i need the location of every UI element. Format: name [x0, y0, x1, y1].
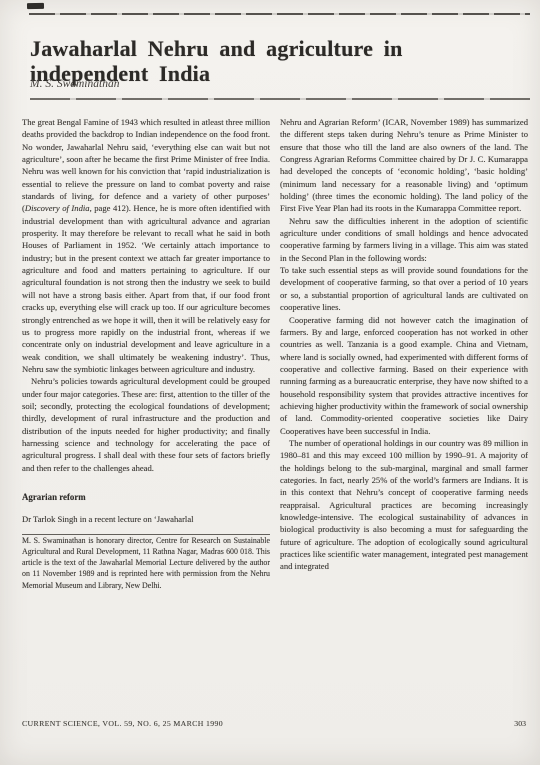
author-rule	[30, 98, 530, 100]
paragraph-famine-text: The great Bengal Famine of 1943 which re…	[22, 117, 270, 213]
article-title-line1: Jawaharlal Nehru and agriculture in	[30, 36, 403, 61]
book-title-italic: Discovery of India	[25, 203, 90, 213]
journal-citation: CURRENT SCIENCE, VOL. 59, NO. 6, 25 MARC…	[22, 719, 223, 728]
paragraph-policies: Nehru’s policies towards agricultural de…	[22, 375, 270, 474]
section-heading-agrarian-reform: Agrarian reform	[22, 491, 270, 503]
right-column: Nehru and Agrarian Reform’ (ICAR, Novemb…	[280, 116, 528, 591]
left-column: The great Bengal Famine of 1943 which re…	[22, 116, 270, 591]
paragraph-agrarian-reform-lecture: Nehru and Agrarian Reform’ (ICAR, Novemb…	[280, 116, 528, 215]
paragraph-cooperative-experience: Cooperative farming did not however catc…	[280, 314, 528, 437]
paragraph-tarlok-singh: Dr Tarlok Singh in a recent lecture on ‘…	[22, 513, 270, 525]
page-footer: CURRENT SCIENCE, VOL. 59, NO. 6, 25 MARC…	[22, 719, 528, 728]
journal-page: Jawaharlal Nehru and agriculture inindep…	[0, 0, 540, 765]
paragraph-famine: The great Bengal Famine of 1943 which re…	[22, 116, 270, 375]
author-footnote: M. S. Swaminathan is honorary director, …	[22, 535, 270, 591]
top-rule	[29, 13, 530, 15]
page-number: 303	[514, 719, 526, 728]
article-body: The great Bengal Famine of 1943 which re…	[22, 116, 528, 591]
second-plan-quote: To take such essential steps as will pro…	[280, 264, 528, 313]
author-name: M. S. Swaminathan	[30, 78, 119, 90]
paragraph-cooperative-farming-aim: Nehru saw the difficulties inherent in t…	[280, 215, 528, 264]
scan-corner-mark	[27, 3, 44, 9]
paragraph-famine-continued: , page 412). Hence, he is more often ide…	[22, 203, 270, 373]
paragraph-operational-holdings: The number of operational holdings in ou…	[280, 437, 528, 573]
